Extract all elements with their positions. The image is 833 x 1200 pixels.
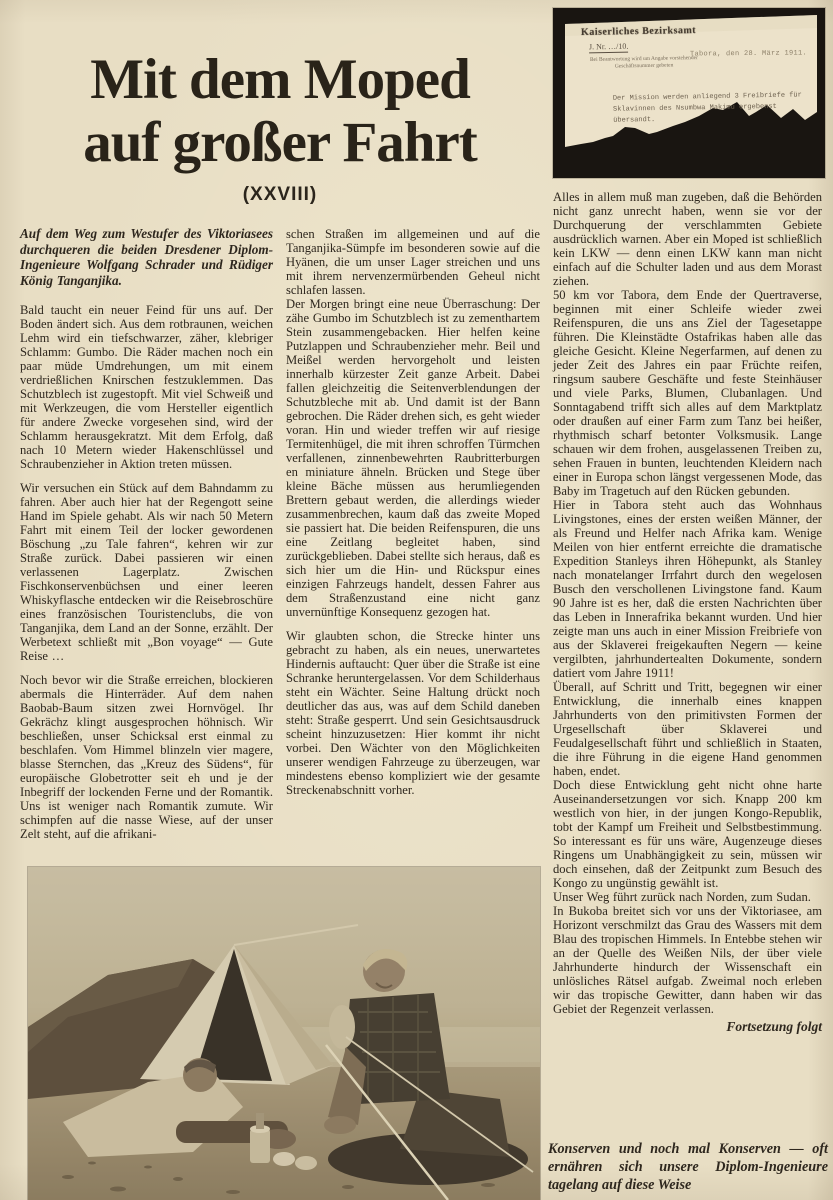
intro-paragraph: Auf dem Weg zum Westufer des Viktoriasee… [20,226,273,288]
text-column-1: Auf dem Weg zum Westufer des Viktoriasee… [20,226,273,851]
continuation-note: Fortsetzung folgt [553,1019,822,1035]
paragraph: Überall, auf Schritt und Tritt, begegnen… [553,680,822,778]
paragraph: Wir versuchen ein Stück auf dem Bahndamm… [20,481,273,663]
campsite-photo-illustration [28,867,540,1200]
page-title-line1: Mit dem Moped [18,48,542,111]
document-dateline: Tabora, den 28. März 1911. [690,49,807,58]
text-column-2: schen Straßen im allgemeinen und auf die… [286,227,540,807]
document-letterhead: Kaiserliches Bezirksamt [581,25,696,38]
campsite-photo [28,867,540,1200]
paragraph: Alles in allem muß man zugeben, daß die … [553,190,822,288]
page-title-line2: auf großer Fahrt [18,111,542,174]
photo-caption: Konserven und noch mal Konserven — oft e… [548,1140,828,1194]
paragraph: Unser Weg führt zurück nach Norden, zum … [553,890,822,904]
episode-number: (XXVIII) [18,184,542,206]
newspaper-page: Mit dem Moped auf großer Fahrt (XXVIII) … [0,0,833,1200]
paragraph: Noch bevor wir die Straße erreichen, blo… [20,673,273,841]
document-typed-body: Der Mission werden anliegend 3 Freibrief… [613,90,814,126]
paragraph: schen Straßen im allgemeinen und auf die… [286,227,540,297]
freibrief-document-photo: Kaiserliches Bezirksamt J. Nr. …/10. Bei… [553,8,825,178]
paragraph: Hier in Tabora steht auch das Wohnhaus L… [553,498,822,680]
document-ref-number: J. Nr. …/10. [589,42,629,54]
paragraph: Wir glaubten schon, die Strecke hinter u… [286,629,540,797]
paragraph: 50 km vor Tabora, dem Ende der Quertrave… [553,288,822,498]
paragraph: Bald taucht ein neuer Feind für uns auf.… [20,303,273,471]
paragraph: In Bukoba breitet sich vor uns der Vikto… [553,904,822,1016]
page-title: Mit dem Moped auf großer Fahrt [18,48,542,174]
document-typed-line2: Sklavinnen des Nsumbwa Makimu ergebenst … [613,101,813,126]
masthead: Mit dem Moped auf großer Fahrt (XXVIII) [18,48,542,206]
paragraph: Doch diese Entwicklung geht nicht ohne h… [553,778,822,890]
text-column-3: Alles in allem muß man zugeben, daß die … [553,190,822,1035]
paragraph: Der Morgen bringt eine neue Überraschung… [286,297,540,619]
